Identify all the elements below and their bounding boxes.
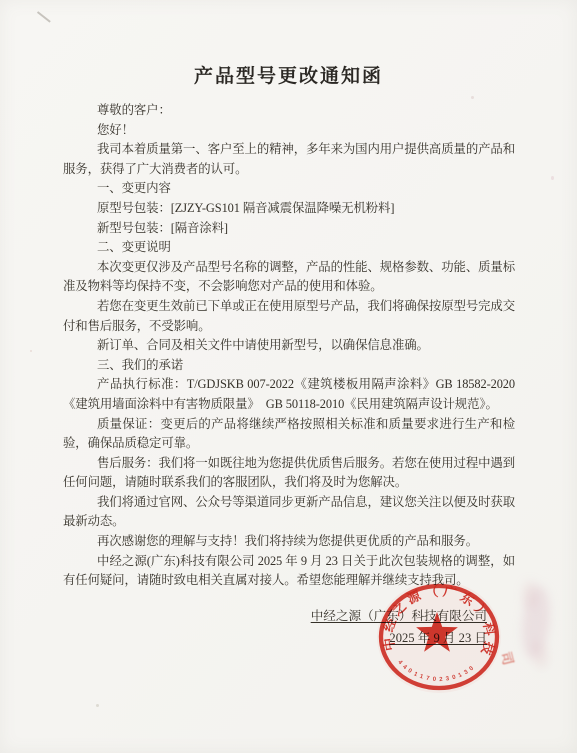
section-3-heading: 三、我们的承诺 xyxy=(63,356,515,376)
old-model-line: 原型号包装：[ZJZY-GS101 隔音减震保温降噪无机粉料] xyxy=(63,199,515,219)
intro-paragraph: 我司本着质量第一、客户至上的精神，多年来为国内用户提供高质量的产品和服务，获得了… xyxy=(63,140,515,179)
aftersales-paragraph: 售后服务：我们将一如既往地为您提供优质售后服务。若您在使用过程中遇到任何问题，请… xyxy=(63,454,515,493)
letter-body: 尊敬的客户： 您好！ 我司本着质量第一、客户至上的精神，多年来为国内用户提供高质… xyxy=(63,101,515,591)
letter-title: 产品型号更改通知函 xyxy=(0,0,577,88)
thanks-paragraph: 再次感谢您的理解与支持！我们将持续为您提供更优质的产品和服务。 xyxy=(63,532,515,552)
signature-date: 2025 年 9 月 23 日 xyxy=(0,627,487,650)
salutation: 尊敬的客户： xyxy=(63,101,515,121)
contact-paragraph: 中经之源(广东)科技有限公司 2025 年 9 月 23 日关于此次包装规格的调… xyxy=(63,552,515,591)
seal-code-text: 4401170230130 xyxy=(396,659,477,683)
scan-speck xyxy=(551,176,554,180)
scan-speck xyxy=(96,704,99,707)
signature-block: 中经之源（广东）科技有限公司 2025 年 9 月 23 日 xyxy=(0,605,577,650)
scan-speck xyxy=(30,350,32,352)
existing-orders-paragraph: 若您在变更生效前已下单或正在使用原型号产品，我们将确保按原型号完成交付和售后服务… xyxy=(63,297,515,336)
section-1-heading: 一、变更内容 xyxy=(63,179,515,199)
new-model-line: 新型号包装：[隔音涂料] xyxy=(63,219,515,239)
letter-page: 产品型号更改通知函 尊敬的客户： 您好！ 我司本着质量第一、客户至上的精神，多年… xyxy=(0,0,577,753)
signature-company: 中经之源（广东）科技有限公司 xyxy=(0,605,487,628)
quality-paragraph: 质量保证：变更后的产品将继续严格按照相关标准和质量要求进行生产和检验，确保品质稳… xyxy=(63,415,515,454)
standards-paragraph: 产品执行标准：T/GDJSKB 007-2022《建筑楼板用隔声涂料》GB 18… xyxy=(63,375,515,414)
new-orders-paragraph: 新订单、合同及相关文件中请使用新型号，以确保信息准确。 xyxy=(63,336,515,356)
update-channels-paragraph: 我们将通过官网、公众号等渠道同步更新产品信息，建议您关注以便及时获取最新动态。 xyxy=(63,493,515,532)
change-scope-paragraph: 本次变更仅涉及产品型号名称的调整，产品的性能、规格参数、功能、质量标准及物料等均… xyxy=(63,258,515,297)
scan-speck xyxy=(471,96,474,99)
seal-ghost-char: 司 xyxy=(498,650,516,666)
greeting: 您好！ xyxy=(63,121,515,141)
section-2-heading: 二、变更说明 xyxy=(63,238,515,258)
